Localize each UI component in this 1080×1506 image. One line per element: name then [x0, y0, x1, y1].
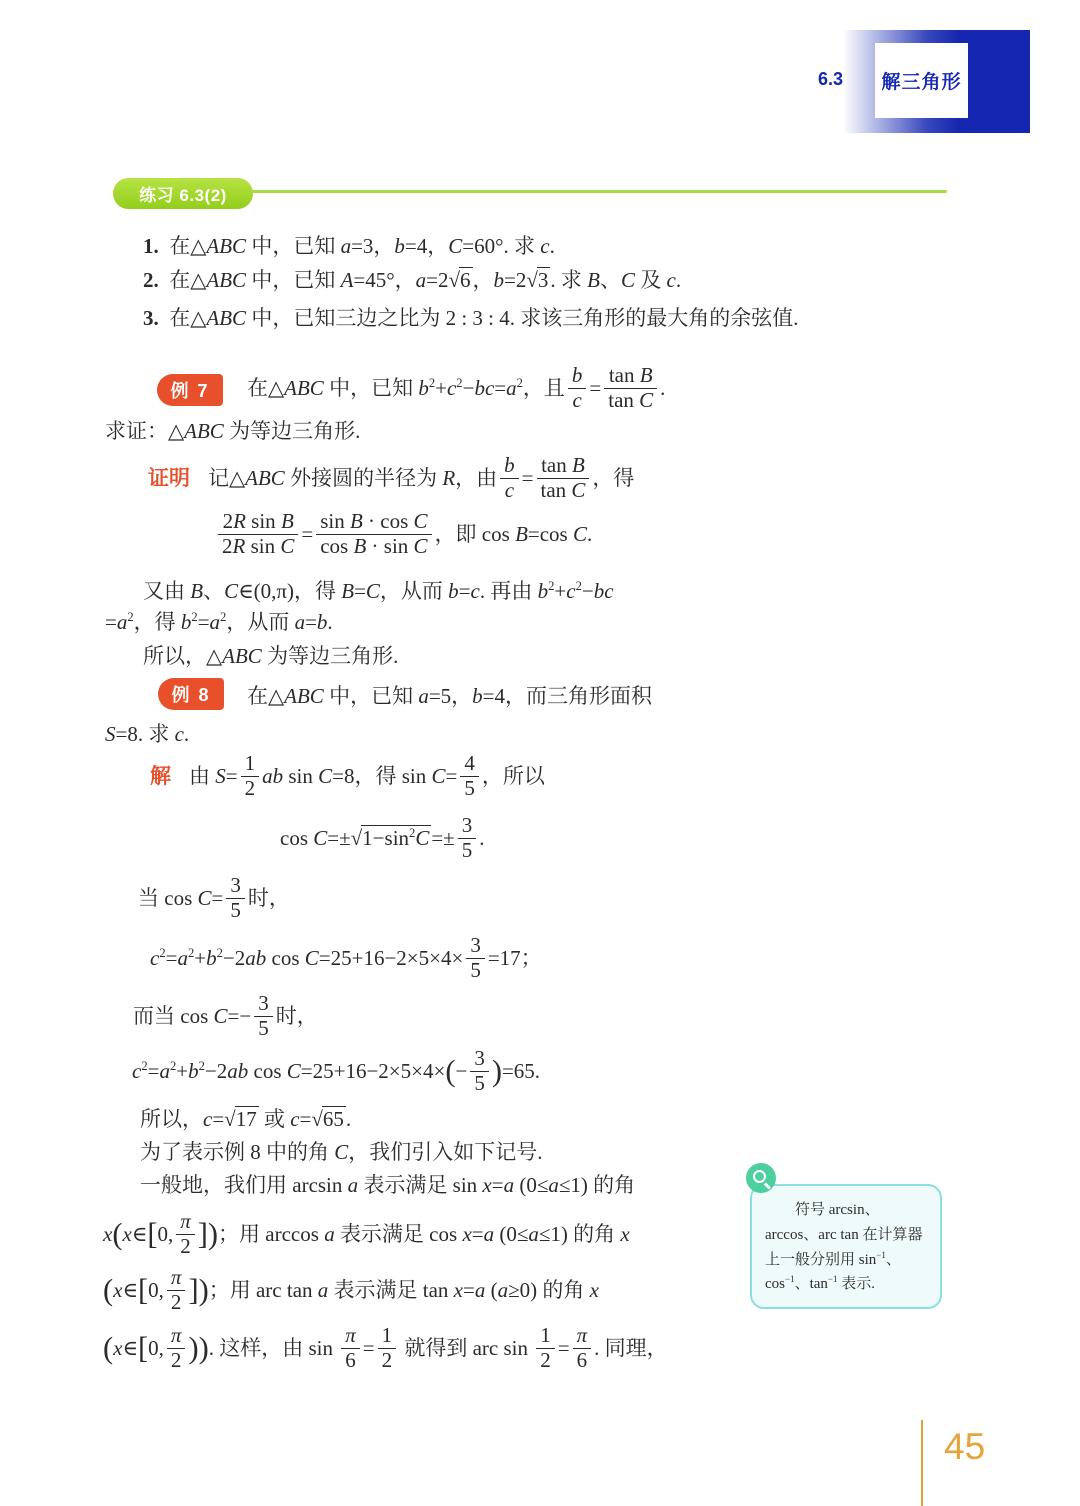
- notation-line1: 为了表示例 8 中的角 C，我们引入如下记号.: [140, 1138, 543, 1166]
- magnifier-icon: [746, 1163, 776, 1193]
- exercise-header-badge: 练习 6.3(2): [113, 178, 253, 209]
- notation-line5: (x∈[0,π2)). 这样，由 sin π6=12 就得到 arc sin 1…: [103, 1326, 668, 1374]
- side-note-box: 符号 arcsin、arccos、arc tan 在计算器上一般分别用 sin−…: [750, 1184, 942, 1309]
- example7-proof-line: 证明记△ABC 外接圆的半径为 R，由bc=tan Btan C，得: [148, 456, 634, 504]
- section-title: 解三角形: [881, 67, 961, 94]
- exercise-item-2: 2. 在△ABC 中，已知 A=45°，a=2√6，b=2√3. 求 B、C 及…: [143, 266, 681, 294]
- footer-rule: [921, 1420, 923, 1506]
- proof-intro: 记△ABC 外接圆的半径为 R，由bc=tan Btan C，得: [208, 466, 634, 490]
- example7-equation: 2R sin B2R sin C=sin B · cos Ccos B · si…: [215, 512, 592, 560]
- notation-line2: 一般地，我们用 arcsin a 表示满足 sin x=a (0≤a≤1) 的角: [140, 1171, 635, 1199]
- example7-statement: 在△ABC 中，已知 b2+c2−bc=a2，且bc=tan Btan C.: [247, 366, 665, 414]
- exercise-item-3: 3. 在△ABC 中，已知三边之比为 2 : 3 : 4. 求该三角形的最大角的…: [143, 304, 799, 332]
- example7-badge: 例 7: [157, 374, 223, 406]
- header-title-box: 解三角形: [875, 43, 968, 118]
- page-number: 45: [944, 1426, 985, 1468]
- example8-badge: 例 8: [158, 678, 224, 710]
- solution-label: 解: [150, 764, 171, 788]
- example8-case2: 而当 cos C=−35时，: [133, 994, 318, 1042]
- example8-case1-equation: c2=a2+b2−2ab cos C=25+16−2×5×4×35=17；: [150, 936, 542, 984]
- section-number: 6.3: [818, 69, 843, 90]
- proof-label: 证明: [148, 466, 190, 490]
- side-note-text: 符号 arcsin、arccos、arc tan 在计算器上一般分别用 sin−…: [765, 1198, 928, 1297]
- example7-claim: 求证：△ABC 为等边三角形.: [105, 417, 360, 445]
- exercise-header-rule: [250, 190, 947, 193]
- solution-intro: 由 S=12ab sin C=8，得 sin C=45，所以: [189, 764, 545, 788]
- example8-case2-equation: c2=a2+b2−2ab cos C=25+16−2×5×4×(−35)=65.: [132, 1049, 540, 1097]
- notation-line3: x(x∈[0,π2])；用 arccos a 表示满足 cos x=a (0≤a…: [103, 1212, 630, 1260]
- example8-statement-line2: S=8. 求 c.: [105, 720, 189, 748]
- example7-conclusion: 所以，△ABC 为等边三角形.: [143, 642, 398, 670]
- example8-conclusion: 所以，c=√17 或 c=√65.: [140, 1105, 351, 1133]
- notation-line4: (x∈[0,π2])；用 arc tan a 表示满足 tan x=a (a≥0…: [103, 1268, 599, 1316]
- example8-case1: 当 cos C=35时，: [138, 876, 290, 924]
- exercise-item-1: 1. 在△ABC 中，已知 a=3，b=4，C=60°. 求 c.: [143, 232, 555, 260]
- example8-cos-equation: cos C=±√1−sin2C=±35.: [280, 816, 484, 864]
- textbook-page: 解三角形 6.3 练习 6.3(2) 1. 在△ABC 中，已知 a=3，b=4…: [0, 0, 1080, 1506]
- example7-step1: 又由 B、C∈(0,π)，得 B=C，从而 b=c. 再由 b2+c2−bc: [143, 577, 614, 605]
- example7-step2: =a2，得 b2=a2，从而 a=b.: [105, 608, 333, 636]
- example8-statement-line1: 在△ABC 中，已知 a=5，b=4，而三角形面积: [247, 682, 652, 710]
- example8-solution-line: 解由 S=12ab sin C=8，得 sin C=45，所以: [150, 754, 545, 802]
